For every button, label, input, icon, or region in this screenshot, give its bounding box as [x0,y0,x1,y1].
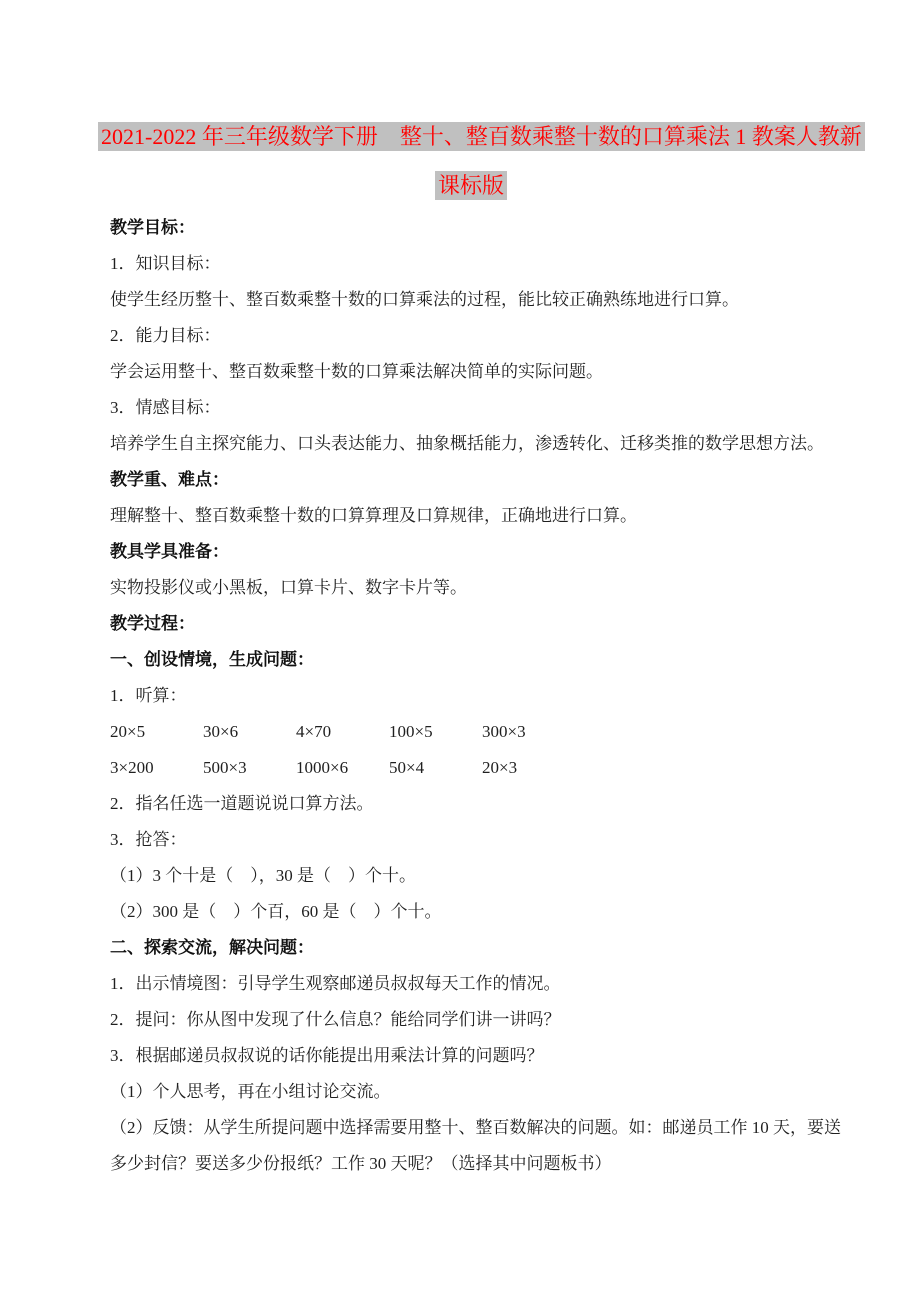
title-line-2: 课标版 [435,171,507,200]
document-title: 2021-2022 年三年级数学下册 整十、整百数乘整十数的口算乘法 1 教案人… [98,112,844,210]
section-heading: 二、探索交流，解决问题： [110,930,844,966]
paragraph: （2）300 是（ ）个百，60 是（ ）个十。 [110,894,844,930]
multiplication-expression: 300×3 [482,714,526,750]
multiplication-expression: 500×3 [203,750,296,786]
paragraph: 培养学生自主探究能力、口头表达能力、抽象概括能力，渗透转化、迁移类推的数学思想方… [110,426,844,462]
paragraph: 3．抢答： [110,822,844,858]
section-heading: 教具学具准备： [110,534,844,570]
multiplication-expression: 1000×6 [296,750,389,786]
multiplication-expression: 3×200 [110,750,203,786]
multiplication-expression: 30×6 [203,714,296,750]
section-heading: 教学目标： [110,210,844,246]
document-body: 教学目标：1．知识目标：使学生经历整十、整百数乘整十数的口算乘法的过程，能比较正… [110,210,844,1182]
multiplication-expression: 20×5 [110,714,203,750]
multiplication-expression: 4×70 [296,714,389,750]
paragraph: 3．情感目标： [110,390,844,426]
paragraph: 1．出示情境图：引导学生观察邮递员叔叔每天工作的情况。 [110,966,844,1002]
oral-calc-row: 20×530×64×70100×5300×3 [110,714,844,750]
section-heading: 教学过程： [110,606,844,642]
paragraph: 使学生经历整十、整百数乘整十数的口算乘法的过程，能比较正确熟练地进行口算。 [110,282,844,318]
oral-calc-row: 3×200500×31000×650×420×3 [110,750,844,786]
document-page: 2021-2022 年三年级数学下册 整十、整百数乘整十数的口算乘法 1 教案人… [0,0,920,1302]
paragraph: （1）个人思考，再在小组讨论交流。 [110,1074,844,1110]
paragraph: 1．知识目标： [110,246,844,282]
paragraph: 2．提问：你从图中发现了什么信息？能给同学们讲一讲吗？ [110,1002,844,1038]
section-heading: 教学重、难点： [110,462,844,498]
paragraph: （2）反馈：从学生所提问题中选择需要用整十、整百数解决的问题。如：邮递员工作 1… [110,1110,844,1182]
paragraph: 1．听算： [110,678,844,714]
multiplication-expression: 50×4 [389,750,482,786]
section-heading: 一、创设情境，生成问题： [110,642,844,678]
paragraph: 实物投影仪或小黑板，口算卡片、数字卡片等。 [110,570,844,606]
paragraph: 2．指名任选一道题说说口算方法。 [110,786,844,822]
title-line-1: 2021-2022 年三年级数学下册 整十、整百数乘整十数的口算乘法 1 教案人… [98,122,865,151]
paragraph: 3．根据邮递员叔叔说的话你能提出用乘法计算的问题吗？ [110,1038,844,1074]
paragraph: （1）3 个十是（ ），30 是（ ）个十。 [110,858,844,894]
multiplication-expression: 100×5 [389,714,482,750]
paragraph: 学会运用整十、整百数乘整十数的口算乘法解决简单的实际问题。 [110,354,844,390]
paragraph: 2．能力目标： [110,318,844,354]
multiplication-expression: 20×3 [482,750,517,786]
paragraph: 理解整十、整百数乘整十数的口算算理及口算规律，正确地进行口算。 [110,498,844,534]
